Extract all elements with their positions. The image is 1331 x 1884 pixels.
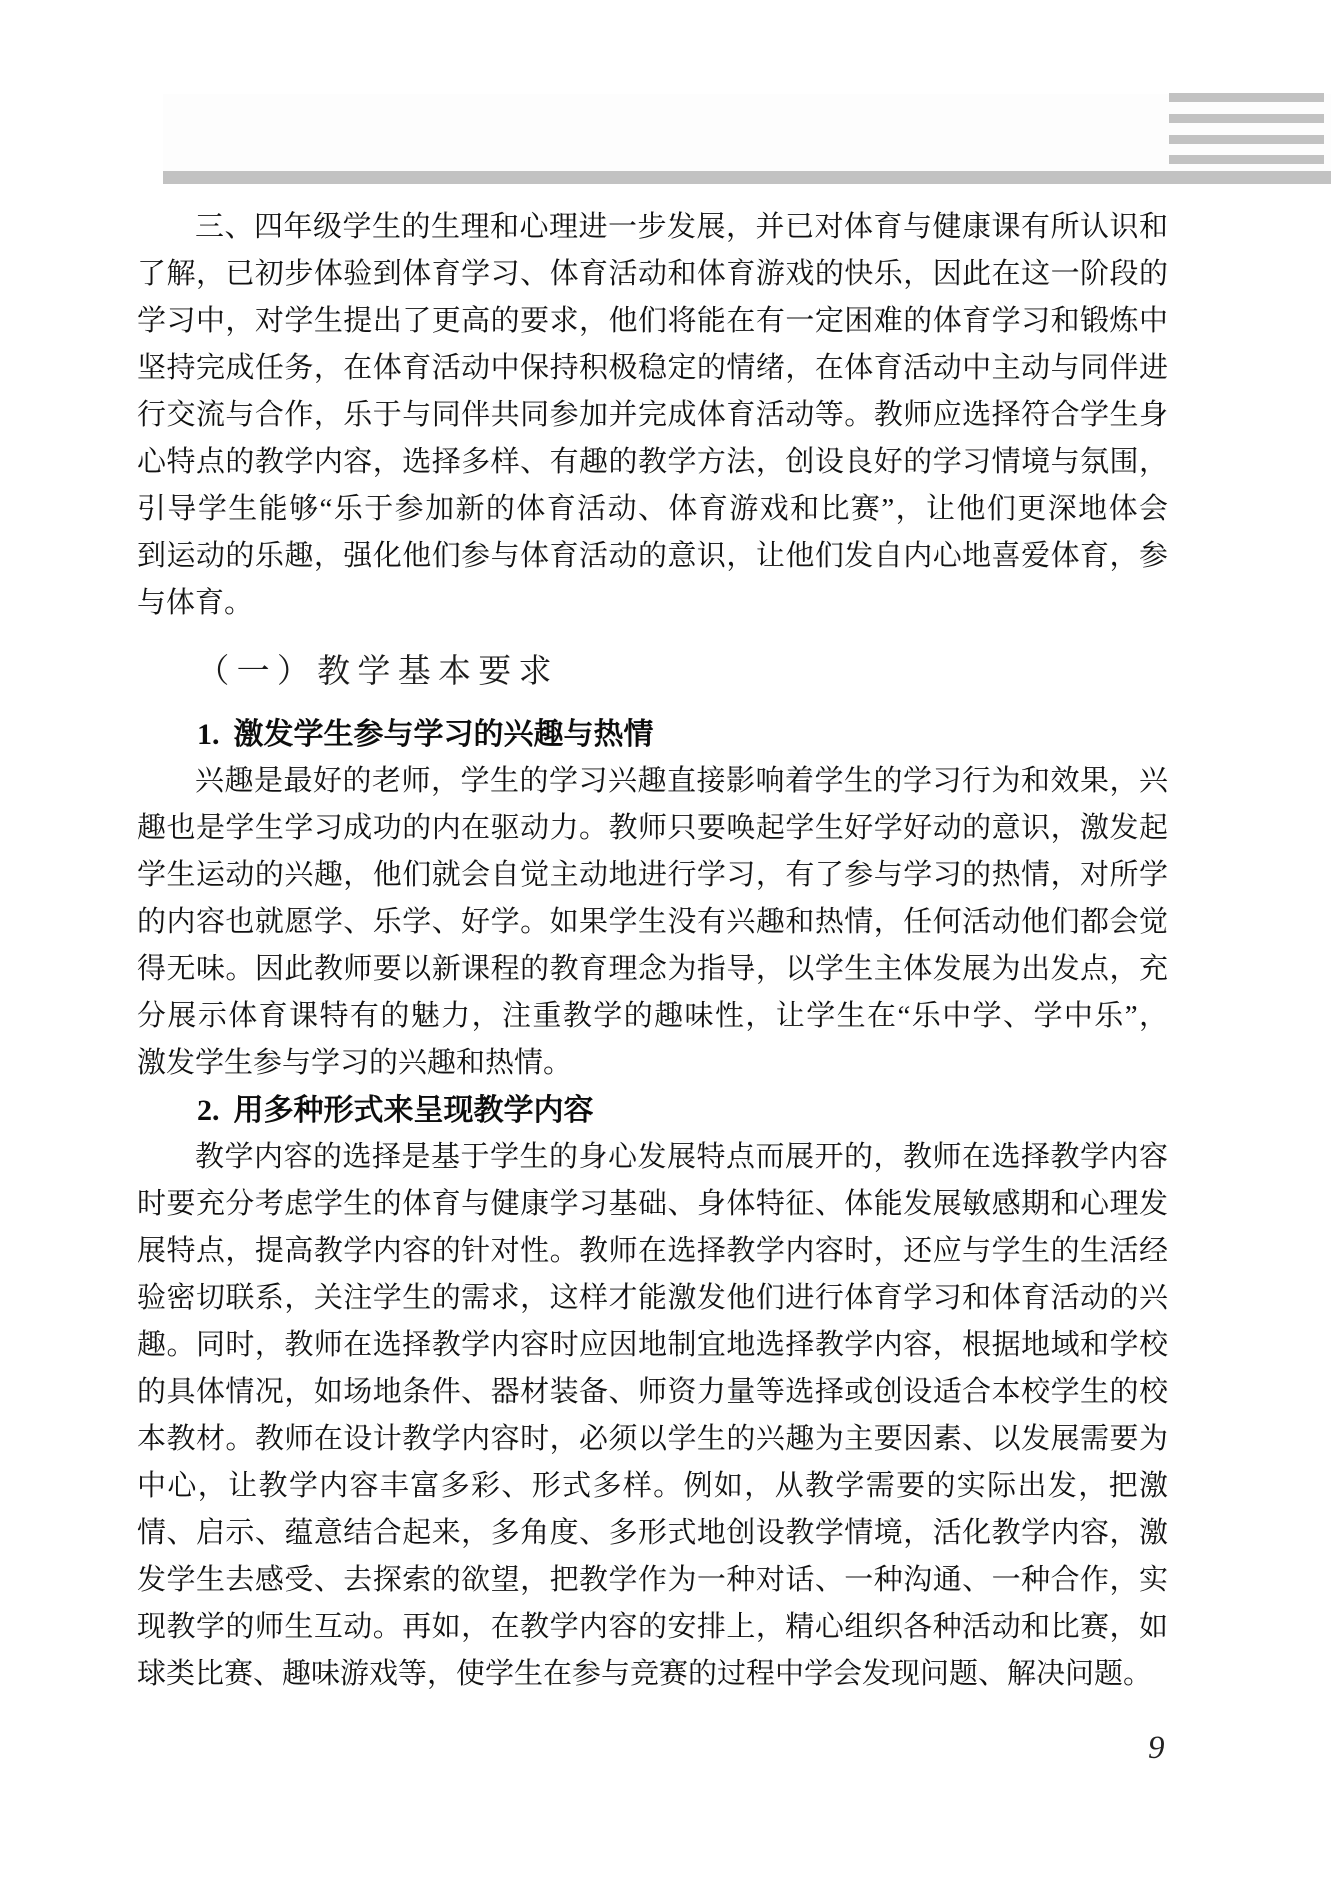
text-line: 球类比赛、趣味游戏等，使学生在参与竞赛的过程中学会发现问题、解决问题。 xyxy=(137,1651,1168,1698)
text-line: 兴趣是最好的老师，学生的学习兴趣直接影响着学生的学习行为和效果，兴 xyxy=(137,758,1168,805)
header-stripe-icon xyxy=(1169,135,1324,144)
text-line: 中心，让教学内容丰富多彩、形式多样。例如，从教学需要的实际出发，把激 xyxy=(137,1463,1168,1510)
header-band xyxy=(163,94,1331,171)
text-line: 趣。同时，教师在选择教学内容时应因地制宜地选择教学内容，根据地域和学校 xyxy=(137,1322,1168,1369)
header-stripe-icon xyxy=(1169,155,1324,164)
subsection-2-paragraph: 教学内容的选择是基于学生的身心发展特点而展开的，教师在选择教学内容时要充分考虑学… xyxy=(137,1134,1168,1698)
text-line: 坚持完成任务，在体育活动中保持积极稳定的情绪，在体育活动中主动与同伴进 xyxy=(137,345,1168,392)
text-line: 现教学的师生互动。再如，在教学内容的安排上，精心组织各种活动和比赛，如 xyxy=(137,1604,1168,1651)
text-line: 验密切联系，关注学生的需求，这样才能激发他们进行体育学习和体育活动的兴 xyxy=(137,1275,1168,1322)
text-line: 引导学生能够“乐于参加新的体育活动、体育游戏和比赛”，让他们更深地体会 xyxy=(137,486,1168,533)
text-line: 趣也是学生学习成功的内在驱动力。教师只要唤起学生好学好动的意识，激发起 xyxy=(137,805,1168,852)
subheading-1: 1.激发学生参与学习的兴趣与热情 xyxy=(137,711,1168,758)
subsection-1-paragraph: 兴趣是最好的老师，学生的学习兴趣直接影响着学生的学习行为和效果，兴趣也是学生学习… xyxy=(137,758,1168,1087)
page-number: 9 xyxy=(1148,1730,1165,1767)
subheading-2-title: 用多种形式来呈现教学内容 xyxy=(234,1094,594,1127)
text-line: 分展示体育课特有的魅力，注重教学的趣味性，让学生在“乐中学、学中乐”， xyxy=(137,993,1168,1040)
page-content: 三、四年级学生的生理和心理进一步发展，并已对体育与健康课有所认识和了解，已初步体… xyxy=(137,204,1168,1698)
text-line: 发学生去感受、去探索的欲望，把教学作为一种对话、一种沟通、一种合作，实 xyxy=(137,1557,1168,1604)
text-line: 学生运动的兴趣，他们就会自觉主动地进行学习，有了参与学习的热情，对所学 xyxy=(137,852,1168,899)
text-line: 展特点，提高教学内容的针对性。教师在选择教学内容时，还应与学生的生活经 xyxy=(137,1228,1168,1275)
text-line: 了解，已初步体验到体育学习、体育活动和体育游戏的快乐，因此在这一阶段的 xyxy=(137,251,1168,298)
text-line: 的内容也就愿学、乐学、好学。如果学生没有兴趣和热情，任何活动他们都会觉 xyxy=(137,899,1168,946)
text-line: 本教材。教师在设计教学内容时，必须以学生的兴趣为主要因素、以发展需要为 xyxy=(137,1416,1168,1463)
text-line: 学习中，对学生提出了更高的要求，他们将能在有一定困难的体育学习和锻炼中 xyxy=(137,298,1168,345)
subheading-1-number: 1. xyxy=(197,718,220,751)
text-line: 教学内容的选择是基于学生的身心发展特点而展开的，教师在选择教学内容 xyxy=(137,1134,1168,1181)
header-stripe-icon xyxy=(1169,114,1324,123)
text-line: 三、四年级学生的生理和心理进一步发展，并已对体育与健康课有所认识和 xyxy=(137,204,1168,251)
subheading-2: 2.用多种形式来呈现教学内容 xyxy=(137,1087,1168,1134)
text-line: 激发学生参与学习的兴趣和热情。 xyxy=(137,1040,1168,1087)
text-line: 情、启示、蕴意结合起来，多角度、多形式地创设教学情境，活化教学内容，激 xyxy=(137,1510,1168,1557)
intro-paragraph: 三、四年级学生的生理和心理进一步发展，并已对体育与健康课有所认识和了解，已初步体… xyxy=(137,204,1168,627)
subheading-1-title: 激发学生参与学习的兴趣与热情 xyxy=(234,718,654,751)
document-page: 三、四年级学生的生理和心理进一步发展，并已对体育与健康课有所认识和了解，已初步体… xyxy=(0,0,1331,1884)
text-line: 与体育。 xyxy=(137,580,1168,627)
text-line: 心特点的教学内容，选择多样、有趣的教学方法，创设良好的学习情境与氛围， xyxy=(137,439,1168,486)
section-heading: （一）教学基本要求 xyxy=(137,649,1168,695)
subheading-2-number: 2. xyxy=(197,1094,220,1127)
text-line: 行交流与合作，乐于与同伴共同参加并完成体育活动等。教师应选择符合学生身 xyxy=(137,392,1168,439)
text-line: 时要充分考虑学生的体育与健康学习基础、身体特征、体能发展敏感期和心理发 xyxy=(137,1181,1168,1228)
text-line: 到运动的乐趣，强化他们参与体育活动的意识，让他们发自内心地喜爱体育，参 xyxy=(137,533,1168,580)
header-rule-bar xyxy=(163,171,1331,184)
text-line: 得无味。因此教师要以新课程的教育理念为指导，以学生主体发展为出发点，充 xyxy=(137,946,1168,993)
text-line: 的具体情况，如场地条件、器材装备、师资力量等选择或创设适合本校学生的校 xyxy=(137,1369,1168,1416)
header-stripe-icon xyxy=(1169,93,1324,102)
